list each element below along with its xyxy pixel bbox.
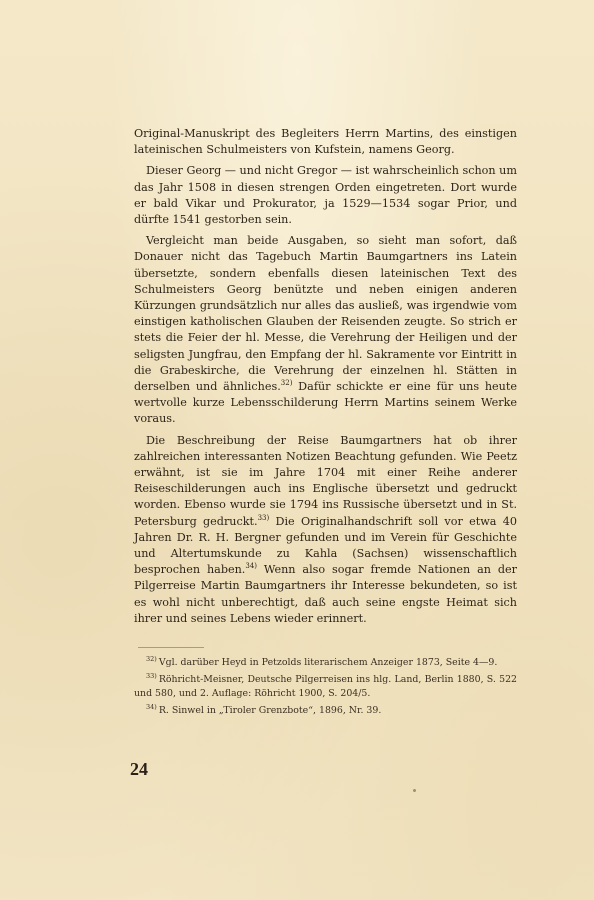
paragraph-4: Die Beschreibung der Reise Baumgartners … [134,433,517,627]
footnote-text: Vgl. darüber Heyd in Petzolds literarisc… [159,657,498,668]
footnote-32: 32)Vgl. darüber Heyd in Petzolds literar… [134,656,517,669]
main-text: Original-Manuskript des Begleiters Herrn… [134,126,517,627]
footnote-number: 33) [146,672,157,680]
paragraph-3-text: Vergleicht man beide Ausgaben, so sieht … [134,234,517,393]
footnote-ref-32: 32) [281,379,293,387]
footnote-number: 34) [146,703,157,711]
paragraph-1: Original-Manuskript des Begleiters Herrn… [134,126,517,158]
paragraph-1-text: Original-Manuskript des Begleiters Herrn… [134,127,517,156]
paper-speck [413,789,416,792]
scanned-book-page: Original-Manuskript des Begleiters Herrn… [0,0,594,900]
footnote-ref-34: 34) [245,562,257,570]
page-number: 24 [130,759,148,780]
paragraph-4-text: Die Beschreibung der Reise Baumgartners … [134,434,517,528]
footnote-number: 32) [146,655,157,663]
paragraph-2-text: Dieser Georg — und nicht Gregor — ist wa… [134,164,517,226]
footnote-separator [138,647,204,648]
footnote-33: 33)Röhricht-Meisner, Deutsche Pilgerreis… [134,673,517,700]
footnote-ref-33: 33) [258,514,270,522]
footnote-text: Röhricht-Meisner, Deutsche Pilgerreisen … [134,674,517,698]
footnote-34: 34)R. Sinwel in „Tiroler Grenzbote“, 189… [134,704,517,717]
paragraph-3: Vergleicht man beide Ausgaben, so sieht … [134,233,517,427]
footnotes: 32)Vgl. darüber Heyd in Petzolds literar… [134,656,517,722]
footnote-text: R. Sinwel in „Tiroler Grenzbote“, 1896, … [159,705,382,716]
paragraph-2: Dieser Georg — und nicht Gregor — ist wa… [134,163,517,228]
